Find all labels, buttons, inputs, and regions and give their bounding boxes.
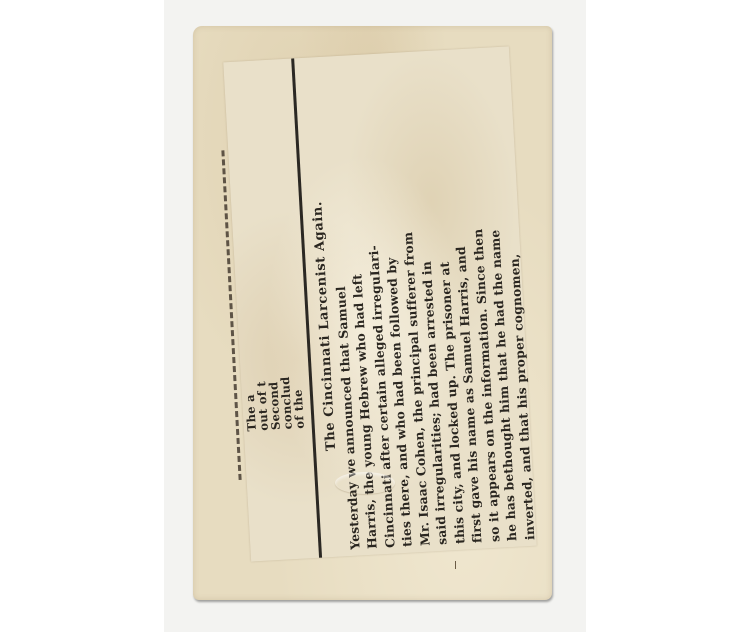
ink-speck xyxy=(455,561,456,569)
adjacent-fragment-group-1: The a out of t Second conclud of the xyxy=(243,375,306,431)
adjacent-line: of the xyxy=(291,375,306,429)
card-emboss-mark xyxy=(335,472,395,494)
